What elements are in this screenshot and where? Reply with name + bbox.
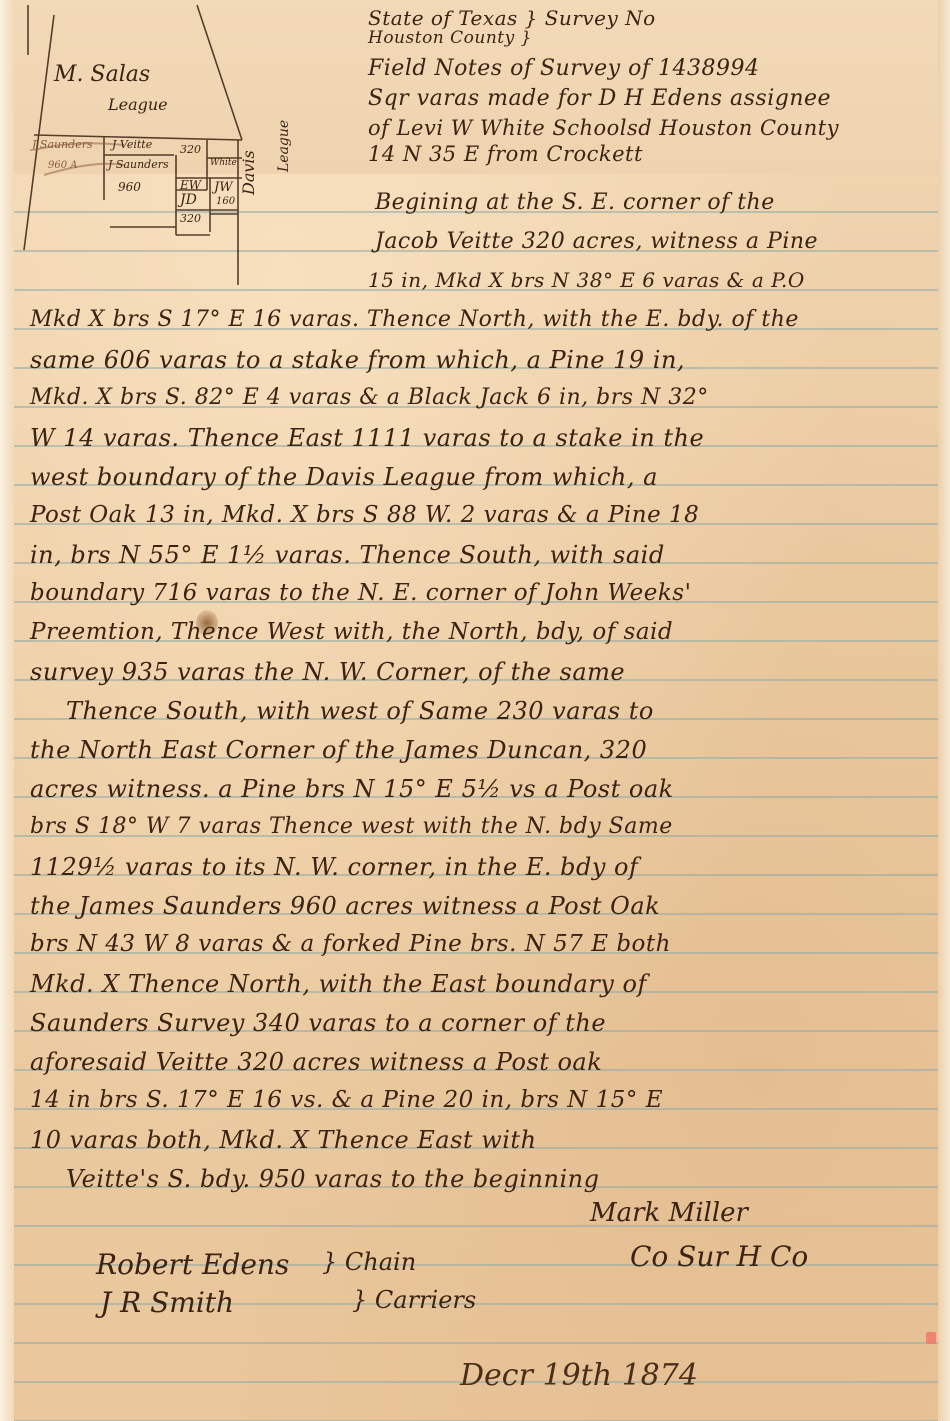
surveyor-signature: Mark Miller: [590, 1198, 748, 1228]
header-line-2: Houston County }: [368, 28, 532, 48]
body-line-12: Preemtion, Thence West with, the North, …: [30, 619, 673, 645]
map-label-saunders-left: J Saunders: [32, 138, 93, 151]
body-line-4: Mkd X brs S 17° E 16 varas. Thence North…: [30, 307, 799, 332]
body-line-21: Mkd. X Thence North, with the East bound…: [30, 970, 647, 998]
body-line-2: Jacob Veitte 320 acres, witness a Pine: [375, 229, 818, 254]
paper-left-edge: [0, 0, 14, 1421]
header-line-4: Sqr varas made for D H Edens assignee: [368, 86, 831, 111]
header-line-1: State of Texas } Survey No: [368, 6, 656, 30]
document-date: Decr 19th 1874: [460, 1358, 698, 1393]
paper-right-edge: [938, 0, 950, 1421]
map-label-jw-acres: 160: [216, 196, 235, 207]
body-line-19: the James Saunders 960 acres witness a P…: [30, 892, 660, 920]
map-label-davis-league: League: [276, 120, 292, 172]
map-label-jw: JW: [214, 180, 233, 195]
body-line-18: 1129½ varas to its N. W. corner, in the …: [30, 853, 638, 881]
chain-carrier-1-signature: Robert Edens: [96, 1248, 289, 1281]
chain-carrier-2-role: } Carriers: [352, 1286, 476, 1314]
body-line-25: 10 varas both, Mkd. X Thence East with: [30, 1126, 537, 1154]
map-label-jd: JD: [180, 192, 197, 208]
body-line-11: boundary 716 varas to the N. E. corner o…: [30, 580, 691, 606]
body-line-14: Thence South, with west of Same 230 vara…: [66, 697, 654, 725]
map-label-davis: Davis: [239, 150, 258, 195]
body-line-16: acres witness. a Pine brs N 15° E 5½ vs …: [30, 775, 674, 803]
body-line-24: 14 in brs S. 17° E 16 vs. & a Pine 20 in…: [30, 1087, 663, 1113]
survey-sketch-map: M. Salas League J Saunders 960 A J Veitt…: [14, 0, 314, 300]
body-line-20: brs N 43 W 8 varas & a forked Pine brs. …: [30, 931, 671, 957]
body-line-23: aforesaid Veitte 320 acres witness a Pos…: [30, 1048, 602, 1076]
header-line-5: of Levi W White Schoolsd Houston County: [368, 116, 839, 140]
map-label-jd-acres: 320: [180, 212, 201, 225]
company-signature: Co Sur H Co: [630, 1240, 808, 1273]
map-label-saunders-acres: 960: [118, 180, 141, 194]
map-label-salas-league: League: [108, 95, 168, 114]
body-line-13: survey 935 varas the N. W. Corner, of th…: [30, 658, 625, 686]
header-line-3: Field Notes of Survey of 1438994: [368, 56, 759, 81]
chain-carrier-2-signature: J R Smith: [100, 1286, 234, 1319]
body-line-3: 15 in, Mkd X brs N 38° E 6 varas & a P.O: [368, 268, 805, 292]
body-line-6: Mkd. X brs S. 82° E 4 varas & a Black Ja…: [30, 385, 709, 410]
body-line-26: Veitte's S. bdy. 950 varas to the beginn…: [66, 1165, 599, 1193]
map-label-saunders-left-acres: 960 A: [48, 160, 78, 171]
map-label-veitte: J Veitte: [112, 138, 152, 151]
body-line-22: Saunders Survey 340 varas to a corner of…: [30, 1009, 606, 1037]
chain-carrier-1-role: } Chain: [322, 1248, 416, 1276]
map-label-saunders: J Saunders: [108, 158, 169, 171]
scanned-document-page: M. Salas League J Saunders 960 A J Veitt…: [0, 0, 950, 1421]
map-label-veitte-acres: 320: [180, 143, 201, 156]
body-line-8: west boundary of the Davis League from w…: [30, 463, 658, 491]
body-line-7: W 14 varas. Thence East 1111 varas to a …: [30, 424, 704, 452]
body-line-17: brs S 18° W 7 varas Thence west with the…: [30, 814, 673, 839]
map-label-salas: M. Salas: [54, 62, 150, 87]
body-line-15: the North East Corner of the James Dunca…: [30, 736, 647, 764]
header-line-6: 14 N 35 E from Crockett: [368, 142, 643, 166]
red-mark: [926, 1332, 936, 1344]
body-line-9: Post Oak 13 in, Mkd. X brs S 88 W. 2 var…: [30, 502, 699, 528]
body-line-1: Begining at the S. E. corner of the: [375, 190, 775, 215]
body-line-5: same 606 varas to a stake from which, a …: [30, 346, 685, 374]
map-label-ew: EW: [180, 178, 201, 192]
body-line-10: in, brs N 55° E 1½ varas. Thence South, …: [30, 541, 665, 569]
map-label-white: White: [210, 158, 237, 168]
